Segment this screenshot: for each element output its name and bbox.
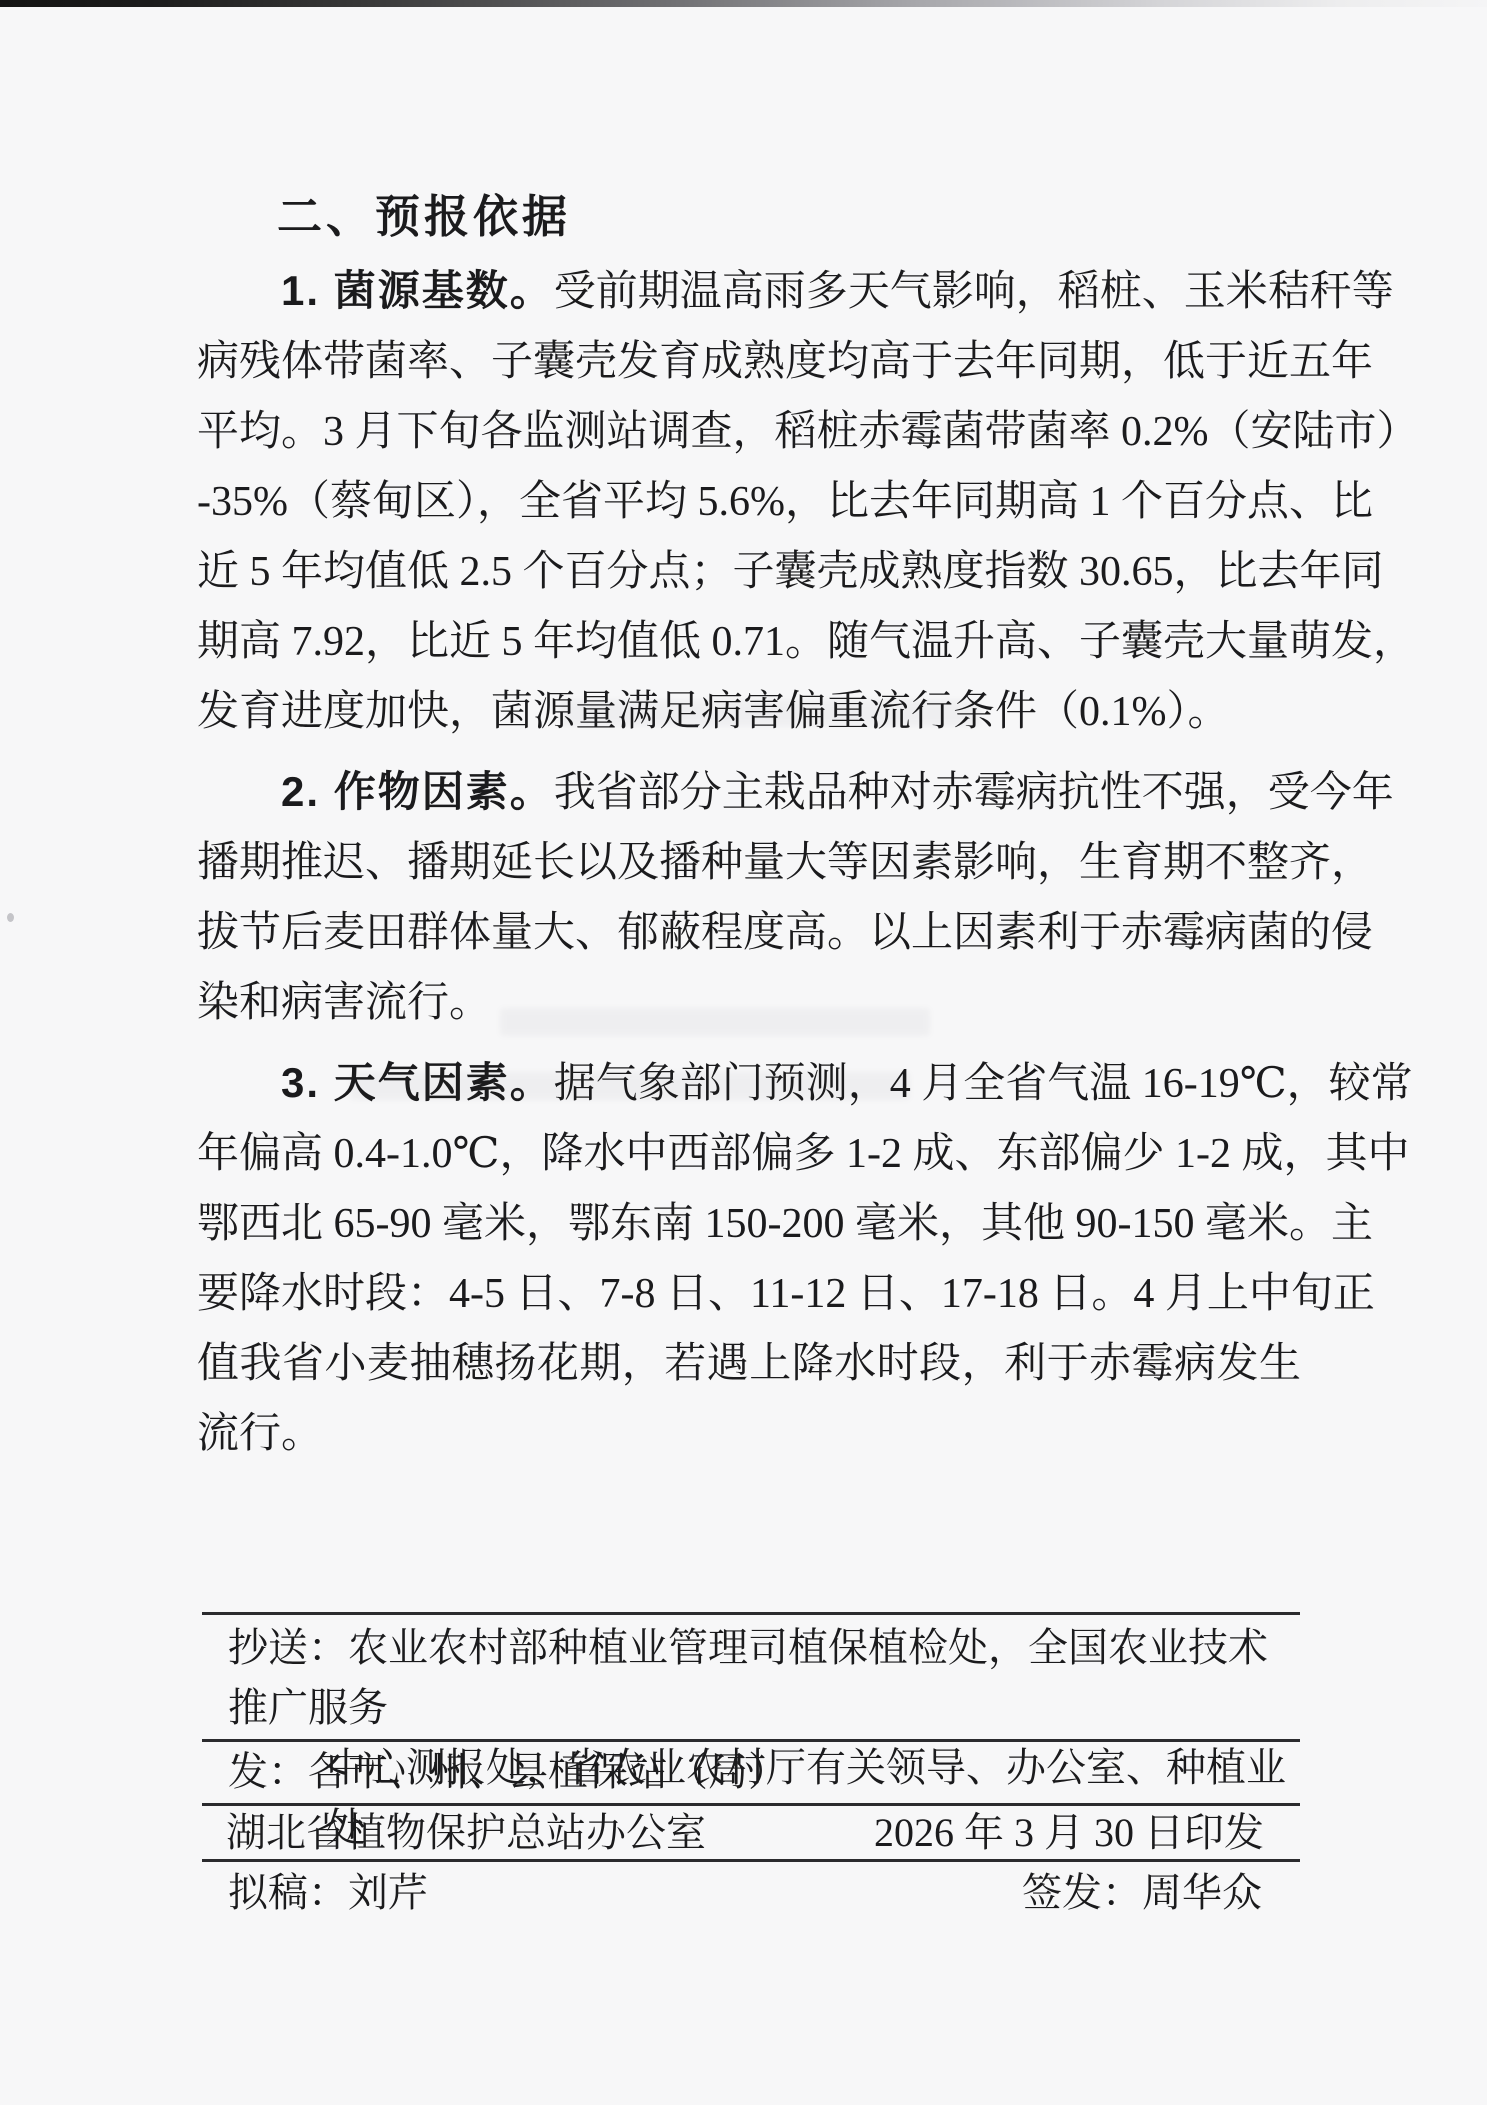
paragraph-line: 病残体带菌率、子囊壳发育成熟度均高于去年同期，低于近五年 xyxy=(197,327,1301,397)
cc-line-1: 抄送：农业农村部种植业管理司植保植检处，全国农业技术推广服务 xyxy=(202,1618,1300,1738)
paragraph-line: 染和病害流行。 xyxy=(197,968,1301,1038)
paragraph-line: 平均。3 月下旬各监测站调查，稻桩赤霉菌带菌率 0.2%（安陆市） xyxy=(197,397,1301,467)
scan-speck xyxy=(7,913,14,922)
paragraph-line: 拔节后麦田群体量大、郁蔽程度高。以上因素利于赤霉病菌的侵 xyxy=(197,898,1301,968)
paragraph-line: 2. 作物因素。我省部分主栽品种对赤霉病抗性不强，受今年 xyxy=(197,757,1301,828)
cc-row: 抄送：农业农村部种植业管理司植保植检处，全国农业技术推广服务 中心测报处，省农业… xyxy=(202,1612,1300,1739)
print-date: 2026 年 3 月 30 日印发 xyxy=(874,1806,1264,1859)
paragraph-line: 1. 菌源基数。受前期温高雨多天气影响，稻桩、玉米秸秆等 xyxy=(197,256,1301,327)
paragraph-line: 播期推迟、播期延长以及播种量大等因素影响，生育期不整齐， xyxy=(197,828,1301,898)
paragraph-line: 发育进度加快，菌源量满足病害偏重流行条件（0.1%）。 xyxy=(197,677,1301,747)
drafter: 拟稿：刘芹 xyxy=(202,1862,428,1924)
document-body: 二、预报依据 1. 菌源基数。受前期温高雨多天气影响，稻桩、玉米秸秆等 病残体带… xyxy=(197,190,1301,1479)
paragraph-label: 1. 菌源基数。 xyxy=(281,267,554,314)
paragraph-text: 据气象部门预测，4 月全省气温 16-19℃，较常 xyxy=(554,1061,1413,1107)
signature-row: 拟稿：刘芹 签发：周华众 xyxy=(202,1859,1300,1924)
paragraph-label: 3. 天气因素。 xyxy=(281,1059,554,1106)
paragraph-line: -35%（蔡甸区），全省平均 5.6%，比去年同期高 1 个百分点、比 xyxy=(197,467,1301,537)
paragraph-text: 受前期温高雨多天气影响，稻桩、玉米秸秆等 xyxy=(554,269,1394,315)
paragraph-crop-factor: 2. 作物因素。我省部分主栽品种对赤霉病抗性不强，受今年 播期推迟、播期延长以及… xyxy=(197,757,1301,1038)
paragraph-line: 鄂西北 65-90 毫米，鄂东南 150-200 毫米，其他 90-150 毫米… xyxy=(197,1189,1301,1259)
scan-edge-artifact xyxy=(0,0,1487,7)
paragraph-line: 要降水时段：4-5 日、7-8 日、11-12 日、17-18 日。4 月上中旬… xyxy=(197,1259,1301,1329)
document-footer: 抄送：农业农村部种植业管理司植保植检处，全国农业技术推广服务 中心测报处，省农业… xyxy=(202,1612,1300,1924)
section-heading: 二、预报依据 xyxy=(197,190,1301,244)
paragraph-line: 3. 天气因素。据气象部门预测，4 月全省气温 16-19℃，较常 xyxy=(197,1048,1301,1119)
paragraph-label: 2. 作物因素。 xyxy=(281,768,554,815)
office-row: 湖北省植物保护总站办公室 2026 年 3 月 30 日印发 xyxy=(202,1803,1300,1859)
paragraph-line: 期高 7.92，比近 5 年均值低 0.71。随气温升高、子囊壳大量萌发， xyxy=(197,607,1301,677)
issuing-office: 湖北省植物保护总站办公室 xyxy=(202,1806,706,1859)
paragraph-line: 年偏高 0.4-1.0℃，降水中西部偏多 1-2 成、东部偏少 1-2 成，其中 xyxy=(197,1119,1301,1189)
paragraph-line: 值我省小麦抽穗扬花期，若遇上降水时段，利于赤霉病发生流行。 xyxy=(197,1329,1301,1469)
paragraph-text: 我省部分主栽品种对赤霉病抗性不强，受今年 xyxy=(554,770,1394,816)
paragraph-weather-factor: 3. 天气因素。据气象部门预测，4 月全省气温 16-19℃，较常 年偏高 0.… xyxy=(197,1048,1301,1469)
issuer: 签发：周华众 xyxy=(1022,1862,1262,1924)
paragraph-line: 近 5 年均值低 2.5 个百分点；子囊壳成熟度指数 30.65，比去年同 xyxy=(197,537,1301,607)
document-page: 二、预报依据 1. 菌源基数。受前期温高雨多天气影响，稻桩、玉米秸秆等 病残体带… xyxy=(0,0,1487,2105)
paragraph-fungal-source: 1. 菌源基数。受前期温高雨多天气影响，稻桩、玉米秸秆等 病残体带菌率、子囊壳发… xyxy=(197,256,1301,747)
